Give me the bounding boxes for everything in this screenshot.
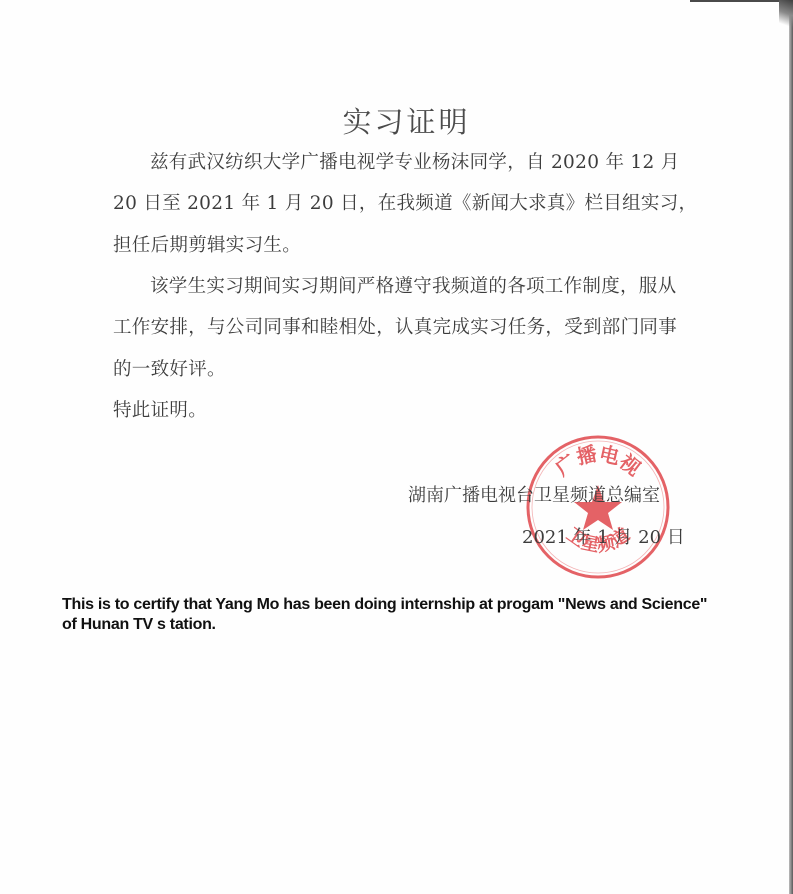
scanned-document-page: 实习证明 兹有武汉纺织大学广播电视学专业杨沫同学，自 2020 年 12 月 2… [0, 0, 793, 894]
paragraph1-line2: 20 日至 2021 年 1 月 20 日，在我频道《新闻大求真》栏目组实习， [113, 189, 673, 215]
document-title: 实习证明 [0, 100, 793, 141]
signature-organization: 湖南广播电视台卫星频道总编室 [408, 481, 660, 507]
paragraph1-line3: 担任后期剪辑实习生。 [113, 231, 673, 257]
paragraph2-line2: 工作安排，与公司同事和睦相处，认真完成实习任务，受到部门同事 [113, 313, 673, 339]
english-line2: of Hunan TV s tation. [62, 615, 712, 635]
english-line1: This is to certify that Yang Mo has been… [62, 595, 712, 615]
closing-statement: 特此证明。 [113, 396, 673, 422]
scan-edge-top [690, 0, 793, 2]
svg-text:广播电视: 广播电视 [551, 441, 646, 480]
scan-corner-shadow [779, 0, 793, 30]
english-translation-note: This is to certify that Yang Mo has been… [62, 595, 712, 635]
signature-date: 2021 年 1 月 20 日 [522, 523, 685, 549]
paragraph1-line1: 兹有武汉纺织大学广播电视学专业杨沫同学，自 2020 年 12 月 [150, 148, 710, 174]
paragraph2-line3: 的一致好评。 [113, 355, 673, 381]
stamp-top-text: 广播电视 [551, 441, 646, 480]
paragraph2-line1: 该学生实习期间实习期间严格遵守我频道的各项工作制度，服从 [150, 272, 710, 298]
official-seal-stamp: 广播电视 卫星频道 [524, 433, 672, 581]
